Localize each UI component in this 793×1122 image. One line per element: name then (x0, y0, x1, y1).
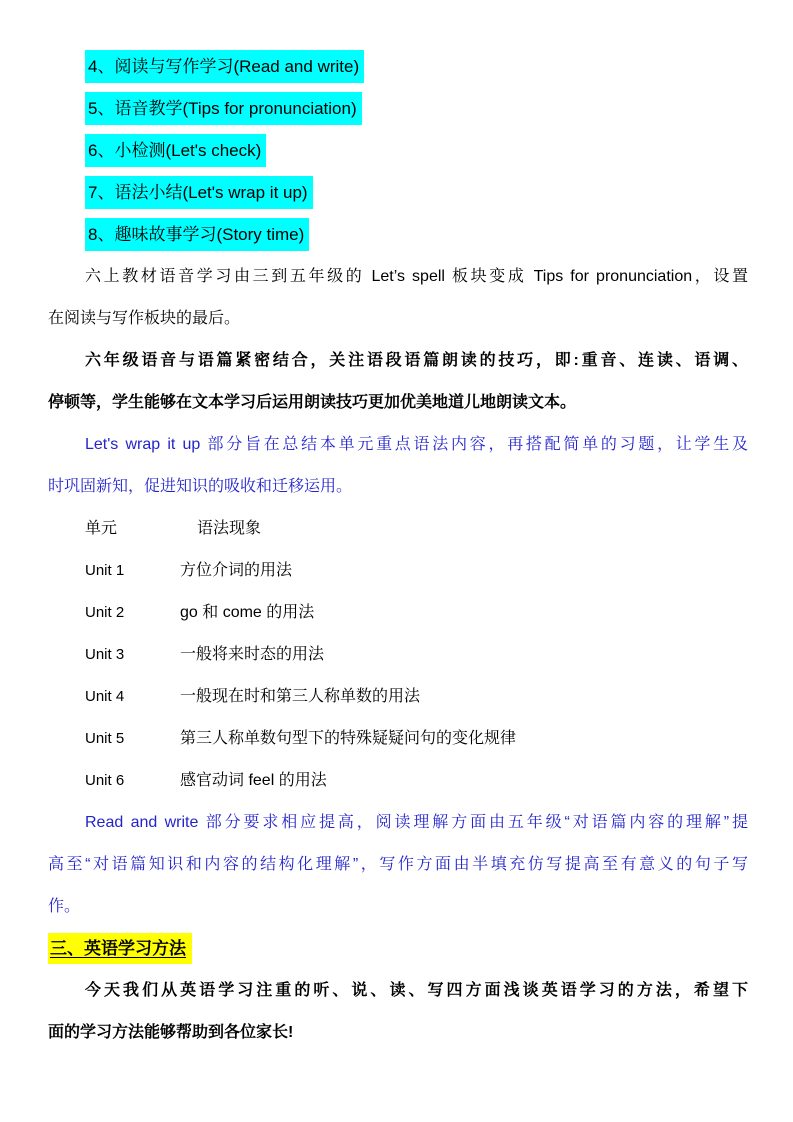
module-list-item-8: 8、趣味故事学习(Story time) (48, 214, 748, 256)
grammar-unit-cell: Unit 4 (85, 676, 180, 718)
grammar-desc-cell: go 和 come 的用法 (180, 604, 314, 621)
grammar-table-row: Unit 2go 和 come 的用法 (48, 592, 748, 634)
paragraph-readwrite-line-3: 作。 (48, 886, 748, 928)
paragraph-spell-line-2: 在阅读与写作板块的最后。 (48, 298, 748, 340)
paragraph-grade6-line-1: 六年级语音与语篇紧密结合，关注语段语篇朗读的技巧，即:重音、连读、语调、 (48, 340, 748, 382)
grammar-table-row: Unit 4一般现在时和第三人称单数的用法 (48, 676, 748, 718)
grammar-desc-cell: 感官动词 feel 的用法 (180, 772, 327, 789)
grammar-desc-cell: 第三人称单数句型下的特殊疑疑问句的变化规律 (180, 730, 516, 747)
module-list-item-5: 5、语音教学(Tips for pronunciation) (48, 88, 748, 130)
paragraph-readwrite-line-1: Read and write 部分要求相应提高，阅读理解方面由五年级“对语篇内容… (48, 802, 748, 844)
module-list-item-7: 7、语法小结(Let's wrap it up) (48, 172, 748, 214)
grammar-table-header: 单元语法现象 (48, 508, 748, 550)
paragraph-methods-line-2: 面的学习方法能够帮助到各位家长! (48, 1012, 748, 1054)
grammar-header-unit: 单元 (85, 508, 197, 550)
grammar-unit-cell: Unit 1 (85, 550, 180, 592)
grammar-unit-cell: Unit 6 (85, 760, 180, 802)
module-list-item-4: 4、阅读与写作学习(Read and write) (48, 46, 748, 88)
module-item-7-highlight: 7、语法小结(Let's wrap it up) (85, 176, 313, 209)
paragraph-methods-line-1: 今天我们从英语学习注重的听、说、读、写四方面浅谈英语学习的方法，希望下 (48, 970, 748, 1012)
grammar-header-desc: 语法现象 (197, 520, 261, 537)
section-heading-highlight: 三、英语学习方法 (48, 933, 192, 964)
module-item-4-highlight: 4、阅读与写作学习(Read and write) (85, 50, 364, 83)
grammar-unit-cell: Unit 2 (85, 592, 180, 634)
grammar-table-row: Unit 5第三人称单数句型下的特殊疑疑问句的变化规律 (48, 718, 748, 760)
paragraph-wrapitup-line-2: 时巩固新知，促进知识的吸收和迁移运用。 (48, 466, 748, 508)
grammar-desc-cell: 一般将来时态的用法 (180, 646, 324, 663)
paragraph-spell-line-1: 六上教材语音学习由三到五年级的 Let’s spell 板块变成 Tips fo… (48, 256, 748, 298)
paragraph-wrapitup-line-1: Let's wrap it up 部分旨在总结本单元重点语法内容，再搭配简单的习… (48, 424, 748, 466)
grammar-table-row: Unit 6感官动词 feel 的用法 (48, 760, 748, 802)
section-heading-line: 三、英语学习方法 (48, 928, 748, 970)
grammar-unit-cell: Unit 3 (85, 634, 180, 676)
document-page: 4、阅读与写作学习(Read and write) 5、语音教学(Tips fo… (0, 0, 793, 1122)
grammar-desc-cell: 方位介词的用法 (180, 562, 292, 579)
module-list-item-6: 6、小检测(Let's check) (48, 130, 748, 172)
grammar-table-row: Unit 1方位介词的用法 (48, 550, 748, 592)
grammar-unit-cell: Unit 5 (85, 718, 180, 760)
paragraph-readwrite-line-2: 高至“对语篇知识和内容的结构化理解”，写作方面由半填充仿写提高至有意义的句子写 (48, 844, 748, 886)
module-item-8-highlight: 8、趣味故事学习(Story time) (85, 218, 309, 251)
grammar-table-row: Unit 3一般将来时态的用法 (48, 634, 748, 676)
grammar-desc-cell: 一般现在时和第三人称单数的用法 (180, 688, 420, 705)
module-item-6-highlight: 6、小检测(Let's check) (85, 134, 266, 167)
document-body: 4、阅读与写作学习(Read and write) 5、语音教学(Tips fo… (48, 46, 748, 1054)
paragraph-grade6-line-2: 停顿等，学生能够在文本学习后运用朗读技巧更加优美地道儿地朗读文本。 (48, 382, 748, 424)
module-item-5-highlight: 5、语音教学(Tips for pronunciation) (85, 92, 362, 125)
